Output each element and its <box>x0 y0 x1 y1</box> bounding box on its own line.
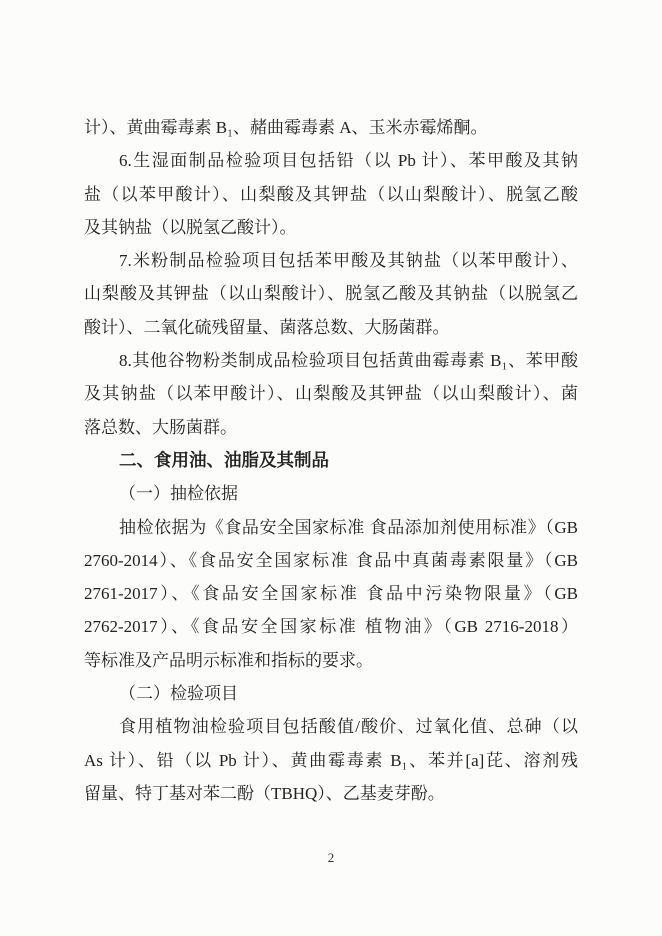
text-line: 抽检依据为《食品安全国家标准 食品添加剂使用标准》（GB <box>84 511 578 544</box>
text-line: 8.其他谷物粉类制成品检验项目包括黄曲霉毒素 B₁、苯甲酸 <box>84 344 578 377</box>
document-page: 计）、黄曲霉毒素 B₁、赭曲霉毒素 A、玉米赤霉烯酮。6.生湿面制品检验项目包括… <box>0 0 662 936</box>
text-line: 留量、特丁基对苯二酚（TBHQ）、乙基麦芽酚。 <box>84 777 578 810</box>
text-line: 7.米粉制品检验项目包括苯甲酸及其钠盐（以苯甲酸计）、 <box>84 244 578 277</box>
text-line: 食用植物油检验项目包括酸值/酸价、过氧化值、总砷（以 <box>84 710 578 743</box>
text-line: 6.生湿面制品检验项目包括铅（以 Pb 计）、苯甲酸及其钠 <box>84 144 578 177</box>
text-line: 等标准及产品明示标准和指标的要求。 <box>84 644 578 677</box>
text-line: 落总数、大肠菌群。 <box>84 411 578 444</box>
text-line: As 计）、铅（以 Pb 计）、黄曲霉毒素 B₁、苯并[a]芘、溶剂残 <box>84 744 578 777</box>
text-line: 2761-2017）、《食品安全国家标准 食品中污染物限量》（GB <box>84 577 578 610</box>
text-line: （二）检验项目 <box>84 677 578 710</box>
text-line: 2760-2014）、《食品安全国家标准 食品中真菌毒素限量》（GB <box>84 544 578 577</box>
text-line: 酸计）、二氧化硫残留量、菌落总数、大肠菌群。 <box>84 311 578 344</box>
text-line: 盐（以苯甲酸计）、山梨酸及其钾盐（以山梨酸计）、脱氢乙酸 <box>84 178 578 211</box>
document-body: 计）、黄曲霉毒素 B₁、赭曲霉毒素 A、玉米赤霉烯酮。6.生湿面制品检验项目包括… <box>84 111 578 810</box>
text-line: （一）抽检依据 <box>84 477 578 510</box>
text-line: 计）、黄曲霉毒素 B₁、赭曲霉毒素 A、玉米赤霉烯酮。 <box>84 111 578 144</box>
text-line: 2762-2017）、《食品安全国家标准 植物油》（GB 2716-2018） <box>84 610 578 643</box>
text-line: 及其钠盐（以苯甲酸计）、山梨酸及其钾盐（以山梨酸计）、菌 <box>84 377 578 410</box>
text-line: 山梨酸及其钾盐（以山梨酸计）、脱氢乙酸及其钠盐（以脱氢乙 <box>84 277 578 310</box>
text-line: 及其钠盐（以脱氢乙酸计）。 <box>84 211 578 244</box>
section-heading: 二、食用油、油脂及其制品 <box>84 444 578 477</box>
page-number: 2 <box>0 850 662 866</box>
